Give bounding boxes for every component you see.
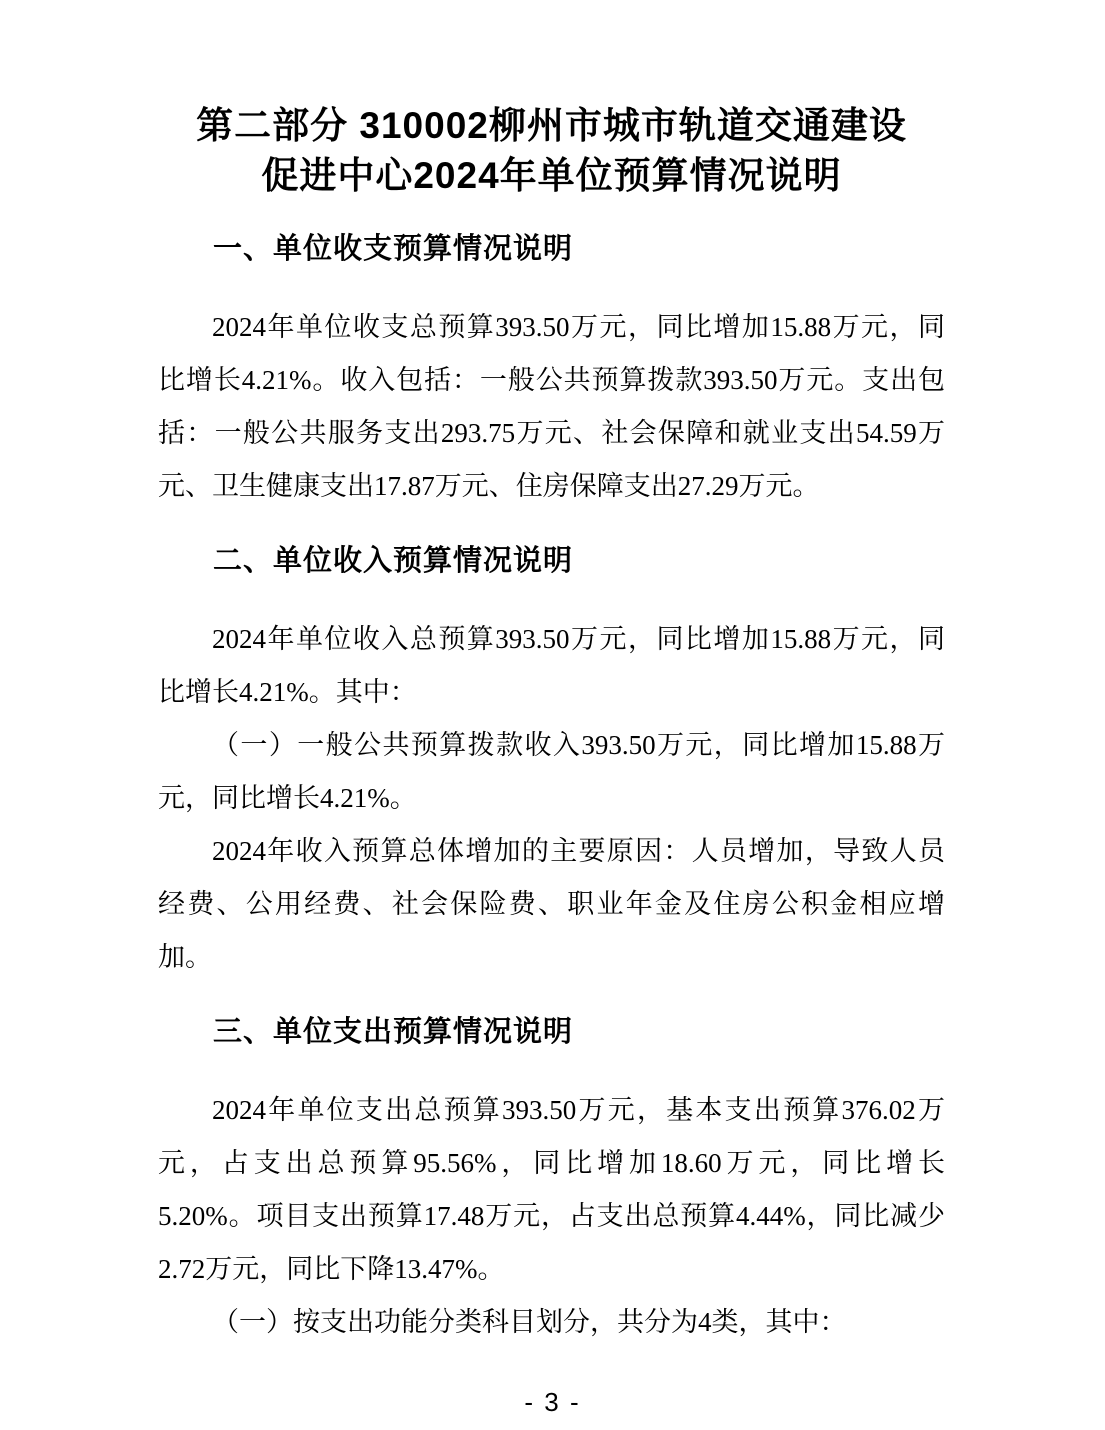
body-line: 经费、公用经费、社会保险费、职业年金及住房公积金相应增 — [158, 878, 945, 931]
paragraph: 2024年单位收入总预算393.50万元，同比增加15.88万元，同比增长4.2… — [158, 613, 945, 719]
body-line: 2024年单位收支总预算393.50万元，同比增加15.88万元，同 — [158, 301, 945, 354]
paragraph: 2024年单位收支总预算393.50万元，同比增加15.88万元，同比增长4.2… — [158, 301, 945, 513]
body-line: 2024年收入预算总体增加的主要原因：人员增加，导致人员 — [158, 825, 945, 878]
body-line: 比增长4.21%。收入包括：一般公共预算拨款393.50万元。支出包 — [158, 354, 945, 407]
body-line: 比增长4.21%。其中： — [158, 666, 945, 719]
body-line: （一）一般公共预算拨款收入393.50万元，同比增加15.88万 — [158, 719, 945, 772]
paragraph: 2024年单位支出总预算393.50万元，基本支出预算376.02万元，占支出总… — [158, 1084, 945, 1296]
document-title: 第二部分 310002柳州市城市轨道交通建设 促进中心2024年单位预算情况说明 — [158, 101, 945, 201]
document-page: 第二部分 310002柳州市城市轨道交通建设 促进中心2024年单位预算情况说明… — [0, 0, 1105, 1430]
section-heading: 一、单位收支预算情况说明 — [158, 223, 945, 276]
body-line: 加。 — [158, 931, 945, 984]
paragraph: 2024年收入预算总体增加的主要原因：人员增加，导致人员经费、公用经费、社会保险… — [158, 825, 945, 984]
body-line: 5.20%。项目支出预算17.48万元，占支出总预算4.44%，同比减少 — [158, 1190, 945, 1243]
body-line: 2024年单位支出总预算393.50万元，基本支出预算376.02万 — [158, 1084, 945, 1137]
document-body: 一、单位收支预算情况说明2024年单位收支总预算393.50万元，同比增加15.… — [158, 223, 945, 1349]
body-line: 2024年单位收入总预算393.50万元，同比增加15.88万元，同 — [158, 613, 945, 666]
title-line: 第二部分 310002柳州市城市轨道交通建设 — [158, 101, 945, 151]
page-number: - 3 - — [0, 1388, 1105, 1416]
body-line: 元，占支出总预算95.56%，同比增加18.60万元，同比增长 — [158, 1137, 945, 1190]
title-line: 促进中心2024年单位预算情况说明 — [158, 151, 945, 201]
body-line: 2.72万元，同比下降13.47%。 — [158, 1243, 945, 1296]
body-line: 元、卫生健康支出17.87万元、住房保障支出27.29万元。 — [158, 460, 945, 513]
paragraph: （一）按支出功能分类科目划分，共分为4类，其中： — [158, 1296, 945, 1349]
section-heading: 三、单位支出预算情况说明 — [158, 1006, 945, 1059]
paragraph: （一）一般公共预算拨款收入393.50万元，同比增加15.88万元，同比增长4.… — [158, 719, 945, 825]
body-line: 括：一般公共服务支出293.75万元、社会保障和就业支出54.59万 — [158, 407, 945, 460]
section-heading: 二、单位收入预算情况说明 — [158, 535, 945, 588]
body-line: 元，同比增长4.21%。 — [158, 772, 945, 825]
body-line: （一）按支出功能分类科目划分，共分为4类，其中： — [158, 1296, 945, 1349]
